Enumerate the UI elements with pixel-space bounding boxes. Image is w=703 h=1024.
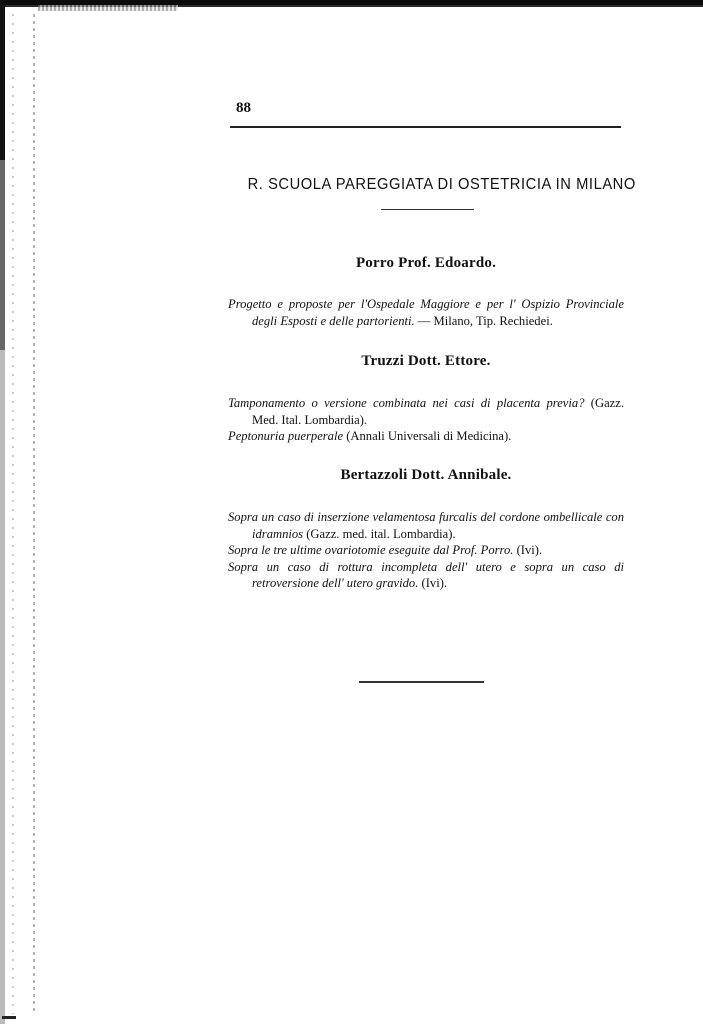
publication-entry: Tamponamento o versione combinata nei ca… [228,395,624,428]
publication-source: (Gazz. med. ital. Lombardia). [303,527,455,541]
section-title: R. SCUOLA PAREGGIATA DI OSTETRICIA IN MI… [248,176,607,194]
publication-entry: Sopra le tre ultime ovariotomie eseguite… [228,542,624,559]
publication-entry: Progetto e proposte per l'Ospedale Maggi… [228,296,624,329]
publication-source: (Ivi). [513,543,542,557]
author-heading: Truzzi Dott. Ettore. [230,353,622,370]
author-publications: Tamponamento o versione combinata nei ca… [228,395,624,445]
publication-source: — Milano, Tip. Rechiedei. [415,314,553,328]
publication-title: Sopra le tre ultime ovariotomie eseguite… [228,543,513,557]
author-publications: Sopra un caso di inserzione velamentosa … [228,509,624,592]
author-heading: Bertazzoli Dott. Annibale. [230,467,622,484]
publication-entry: Sopra un caso di inserzione velamentosa … [228,509,624,542]
author-heading: Porro Prof. Edoardo. [230,255,622,272]
publication-source: (Ivi). [418,576,447,590]
publication-title: Tamponamento o versione combinata nei ca… [228,396,585,410]
book-page: 88 R. SCUOLA PAREGGIATA DI OSTETRICIA IN… [0,0,703,1024]
publication-title: Peptonuria puerperale [228,429,343,443]
header-rule [230,126,621,128]
publication-entry: Sopra un caso di rottura incompleta dell… [228,559,624,592]
page-number: 88 [236,100,251,117]
publication-entry: Peptonuria puerperale (Annali Universali… [228,428,624,445]
title-divider [381,209,474,210]
end-divider [359,681,484,683]
author-publications: Progetto e proposte per l'Ospedale Maggi… [228,296,624,329]
publication-source: (Annali Universali di Medicina). [343,429,511,443]
